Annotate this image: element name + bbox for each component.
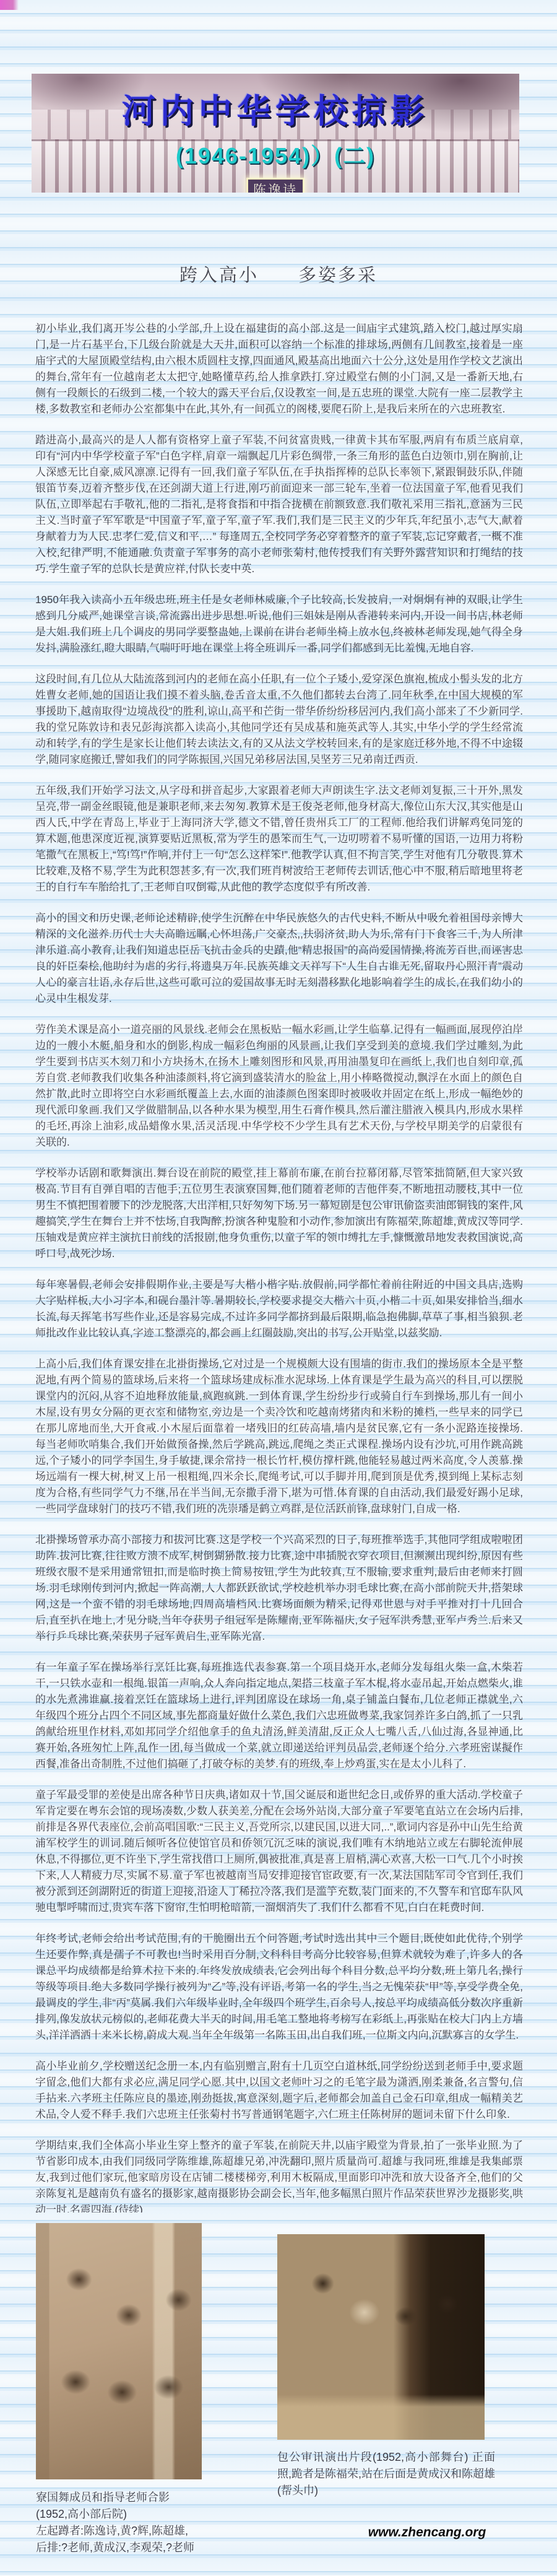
paragraph-9: 每年寒暑假,老师会安排假期作业,主要是写大楷小楷字贴.放假前,同学都忙着前往附近… xyxy=(35,1277,523,1341)
paragraph-8: 学校举办话剧和歌舞演出.舞台设在前院的殿堂,挂上幕前布廉,在前台拉幕闭幕,尽管笨… xyxy=(35,1165,523,1262)
page-subtitle-years: (1946-1954)）(二) xyxy=(176,139,375,170)
caption-left-line1: 寮国舞成员和指导老师合影 xyxy=(36,2489,240,2506)
paragraph-10: 上高小后,我们体育课安排在北褂街操场,它对过是一个规模颇大设有围墙的街市.我们的… xyxy=(35,1356,523,1517)
paragraph-7: 劳作美术课是高小一道亮丽的风景线.老师会在黑板贴一幅水彩画,让学生临摹.记得有一… xyxy=(35,1022,523,1151)
paragraph-13: 童子军最受罪的差使是出席各种节日庆典,诸如双十节,国父诞辰和逝世纪念日,或侨界的… xyxy=(35,1787,523,1916)
header-banner: 河内中华学校掠影 (1946-1954)）(二) 陈逸诗 xyxy=(32,74,519,193)
paragraph-3: 1950年我入读高小五年级忠班,班主任是女老师林威廉,个子比较高,长发披肩,一对… xyxy=(35,592,523,656)
notebook-page: 河内中华学校掠影 (1946-1954)）(二) 陈逸诗 跨入高小 多姿多采 初… xyxy=(0,0,557,2576)
caption-left-line2: (1952,高小部后院) xyxy=(36,2506,240,2523)
photo-lao-dance-group xyxy=(36,2223,202,2479)
paragraph-14: 年终考试,老师会给出考试范围,有的干脆圈出五个问答题,考试时选出其中三个题目,既… xyxy=(35,1931,523,2043)
paragraph-12: 有一年童子军在操场举行烹饪比赛,每班推选代表参赛.第一个项目烧开水,老师分发每组… xyxy=(35,1660,523,1772)
author-name-chip: 陈逸诗 xyxy=(248,179,303,193)
scan-corner-artifact xyxy=(0,0,19,10)
caption-left-photo: 寮国舞成员和指导老师合影 (1952,高小部后院) 左起蹲者:陈逸诗,黄?辉,陈… xyxy=(36,2489,240,2556)
paragraph-16: 学期结束,我们全体高小毕业生穿上整齐的童子军装,在前院天井,以庙宇殿堂为背景,拍… xyxy=(35,2138,523,2213)
paragraph-15: 高小毕业前夕,学校赠送纪念册一本,内有临别赠言,附有十几页空白道林纸,同学纷纷送… xyxy=(35,2058,523,2123)
section-heading: 跨入高小 多姿多采 xyxy=(0,261,557,287)
site-url-link[interactable]: www.zhencang.org xyxy=(347,2525,507,2540)
photo-baogong-trial-scene xyxy=(277,2234,485,2440)
paragraph-4: 这段时间,有几位从大陆流落到河内的老师在高小任职,有一位个子矮小,爱穿深色旗袍,… xyxy=(35,671,523,768)
paragraph-5: 五年级,我们开始学习法文,从字母和拼音起步,大家跟着老师大声朗读生字.法文老师刘… xyxy=(35,783,523,895)
paragraph-2: 踏进高小,最高兴的是人人都有资格穿上童子军装,不问贫富贵贱,一律黄卡其布军服,两… xyxy=(35,432,523,577)
caption-left-line4: 后排:?老师,黄成汉,李观荣,?老师 xyxy=(36,2539,240,2556)
header-text-block: 河内中华学校掠影 (1946-1954)）(二) 陈逸诗 xyxy=(32,74,519,193)
caption-left-line3: 左起蹲者:陈逸诗,黄?辉,陈超雄, xyxy=(36,2523,240,2539)
paragraph-11: 北褂操场曾承办高小部接力和拔河比赛.这是学校一个兴高采烈的日子,每班推举选手,其… xyxy=(35,1532,523,1645)
article-body: 初小毕业,我们离开岑公巷的小学部,升上设在福建街的高小部.这是一间庙宇式建筑,踏… xyxy=(35,321,523,2213)
paragraph-6: 高小的国文和历史课,老师论述精辟,使学生沉醉在中华民族悠久的古代史料,不断从中吸… xyxy=(35,910,523,1007)
caption-right-photo: 包公审讯演出片段(1952,高小部舞台) 正面照,跪者是陈福荣,站在后面是黄成汉… xyxy=(277,2449,495,2499)
page-title: 河内中华学校掠影 xyxy=(122,85,429,133)
paragraph-1: 初小毕业,我们离开岑公巷的小学部,升上设在福建街的高小部.这是一间庙宇式建筑,踏… xyxy=(35,321,523,417)
